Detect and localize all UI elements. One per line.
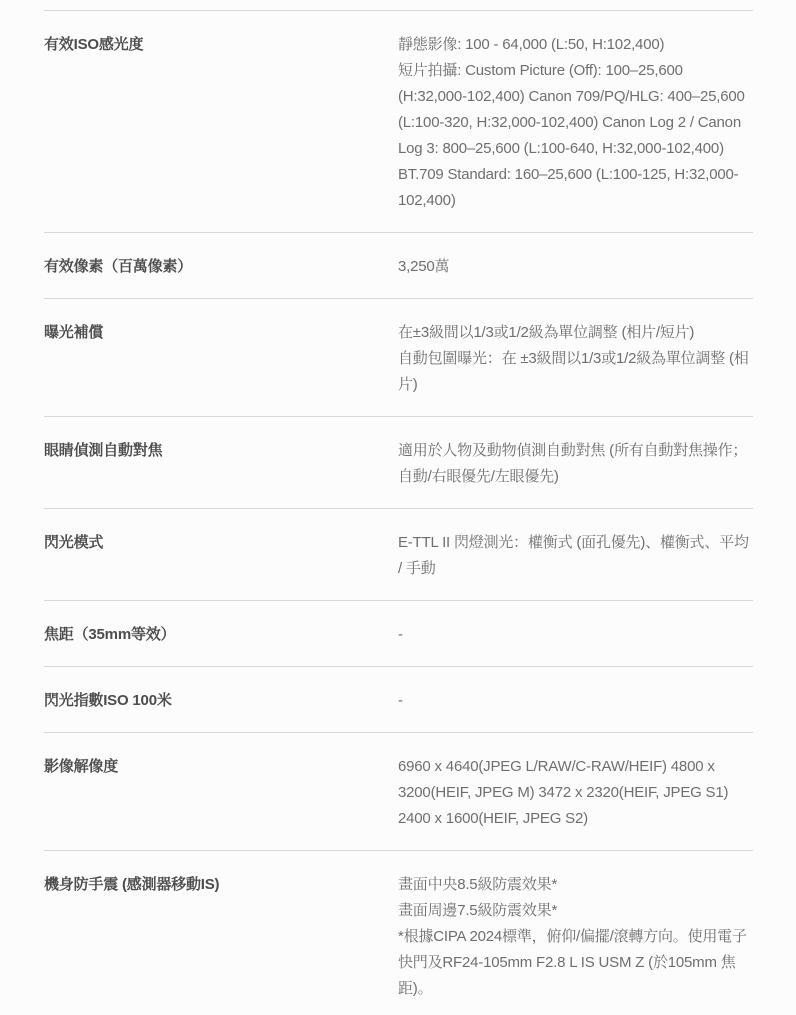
spec-row: 閃光模式 E-TTL II 閃燈測光：權衡式 (面孔優先)、權衡式、平均 / 手… bbox=[44, 508, 753, 600]
spec-value-paragraph: 短片拍攝: Custom Picture (Off): 100–25,600 (… bbox=[398, 58, 753, 214]
spec-row: 影像解像度 6960 x 4640(JPEG L/RAW/C-RAW/HEIF)… bbox=[44, 732, 753, 850]
spec-label: 閃光模式 bbox=[44, 530, 398, 556]
spec-value-paragraph: E-TTL II 閃燈測光：權衡式 (面孔優先)、權衡式、平均 / 手動 bbox=[398, 530, 753, 582]
spec-label: 影像解像度 bbox=[44, 754, 398, 780]
spec-row: 眼睛偵測自動對焦 適用於人物及動物偵測自動對焦 (所有自動對焦操作；自動/右眼優… bbox=[44, 416, 753, 508]
spec-value: 適用於人物及動物偵測自動對焦 (所有自動對焦操作；自動/右眼優先/左眼優先) bbox=[398, 438, 753, 490]
spec-value: 畫面中央8.5級防震效果*畫面周邊7.5級防震效果**根據CIPA 2024標準… bbox=[398, 872, 753, 1002]
spec-sheet-page: 有效ISO感光度 靜態影像: 100 - 64,000 (L:50, H:102… bbox=[0, 0, 796, 1015]
spec-label: 閃光指數ISO 100米 bbox=[44, 688, 398, 714]
spec-value-paragraph: 畫面周邊7.5級防震效果* bbox=[398, 898, 753, 924]
spec-row: 閃光指數ISO 100米 - bbox=[44, 666, 753, 732]
spec-table: 有效ISO感光度 靜態影像: 100 - 64,000 (L:50, H:102… bbox=[44, 10, 753, 1015]
spec-row: 有效ISO感光度 靜態影像: 100 - 64,000 (L:50, H:102… bbox=[44, 10, 753, 232]
spec-value: - bbox=[398, 622, 753, 648]
spec-row: 有效像素（百萬像素） 3,250萬 bbox=[44, 232, 753, 298]
spec-value: E-TTL II 閃燈測光：權衡式 (面孔優先)、權衡式、平均 / 手動 bbox=[398, 530, 753, 582]
spec-label: 曝光補償 bbox=[44, 320, 398, 346]
spec-row: 焦距（35mm等效） - bbox=[44, 600, 753, 666]
spec-label: 有效ISO感光度 bbox=[44, 32, 398, 58]
spec-label: 有效像素（百萬像素） bbox=[44, 254, 398, 280]
spec-value-paragraph: 靜態影像: 100 - 64,000 (L:50, H:102,400) bbox=[398, 32, 753, 58]
spec-value: - bbox=[398, 688, 753, 714]
spec-value-paragraph: 3,250萬 bbox=[398, 254, 753, 280]
spec-value: 在±3級間以1/3或1/2級為單位調整 (相片/短片)自動包圍曝光：在 ±3級間… bbox=[398, 320, 753, 398]
spec-value-paragraph: - bbox=[398, 688, 753, 714]
spec-value: 3,250萬 bbox=[398, 254, 753, 280]
spec-value-paragraph: - bbox=[398, 622, 753, 648]
spec-value: 6960 x 4640(JPEG L/RAW/C-RAW/HEIF) 4800 … bbox=[398, 754, 753, 832]
spec-row: 機身防手震 (感測器移動IS) 畫面中央8.5級防震效果*畫面周邊7.5級防震效… bbox=[44, 850, 753, 1015]
spec-value-paragraph: 自動包圍曝光：在 ±3級間以1/3或1/2級為單位調整 (相片) bbox=[398, 346, 753, 398]
spec-value-paragraph: 適用於人物及動物偵測自動對焦 (所有自動對焦操作；自動/右眼優先/左眼優先) bbox=[398, 438, 753, 490]
spec-value-paragraph: 在±3級間以1/3或1/2級為單位調整 (相片/短片) bbox=[398, 320, 753, 346]
spec-value-paragraph: 6960 x 4640(JPEG L/RAW/C-RAW/HEIF) 4800 … bbox=[398, 754, 753, 832]
spec-label: 焦距（35mm等效） bbox=[44, 622, 398, 648]
spec-value-paragraph: *根據CIPA 2024標準，俯仰/偏擺/滾轉方向。使用電子快門及RF24-10… bbox=[398, 924, 753, 1002]
spec-row: 曝光補償 在±3級間以1/3或1/2級為單位調整 (相片/短片)自動包圍曝光：在… bbox=[44, 298, 753, 416]
spec-value-paragraph: 畫面中央8.5級防震效果* bbox=[398, 872, 753, 898]
spec-label: 眼睛偵測自動對焦 bbox=[44, 438, 398, 464]
spec-value: 靜態影像: 100 - 64,000 (L:50, H:102,400)短片拍攝… bbox=[398, 32, 753, 214]
spec-label: 機身防手震 (感測器移動IS) bbox=[44, 872, 398, 898]
